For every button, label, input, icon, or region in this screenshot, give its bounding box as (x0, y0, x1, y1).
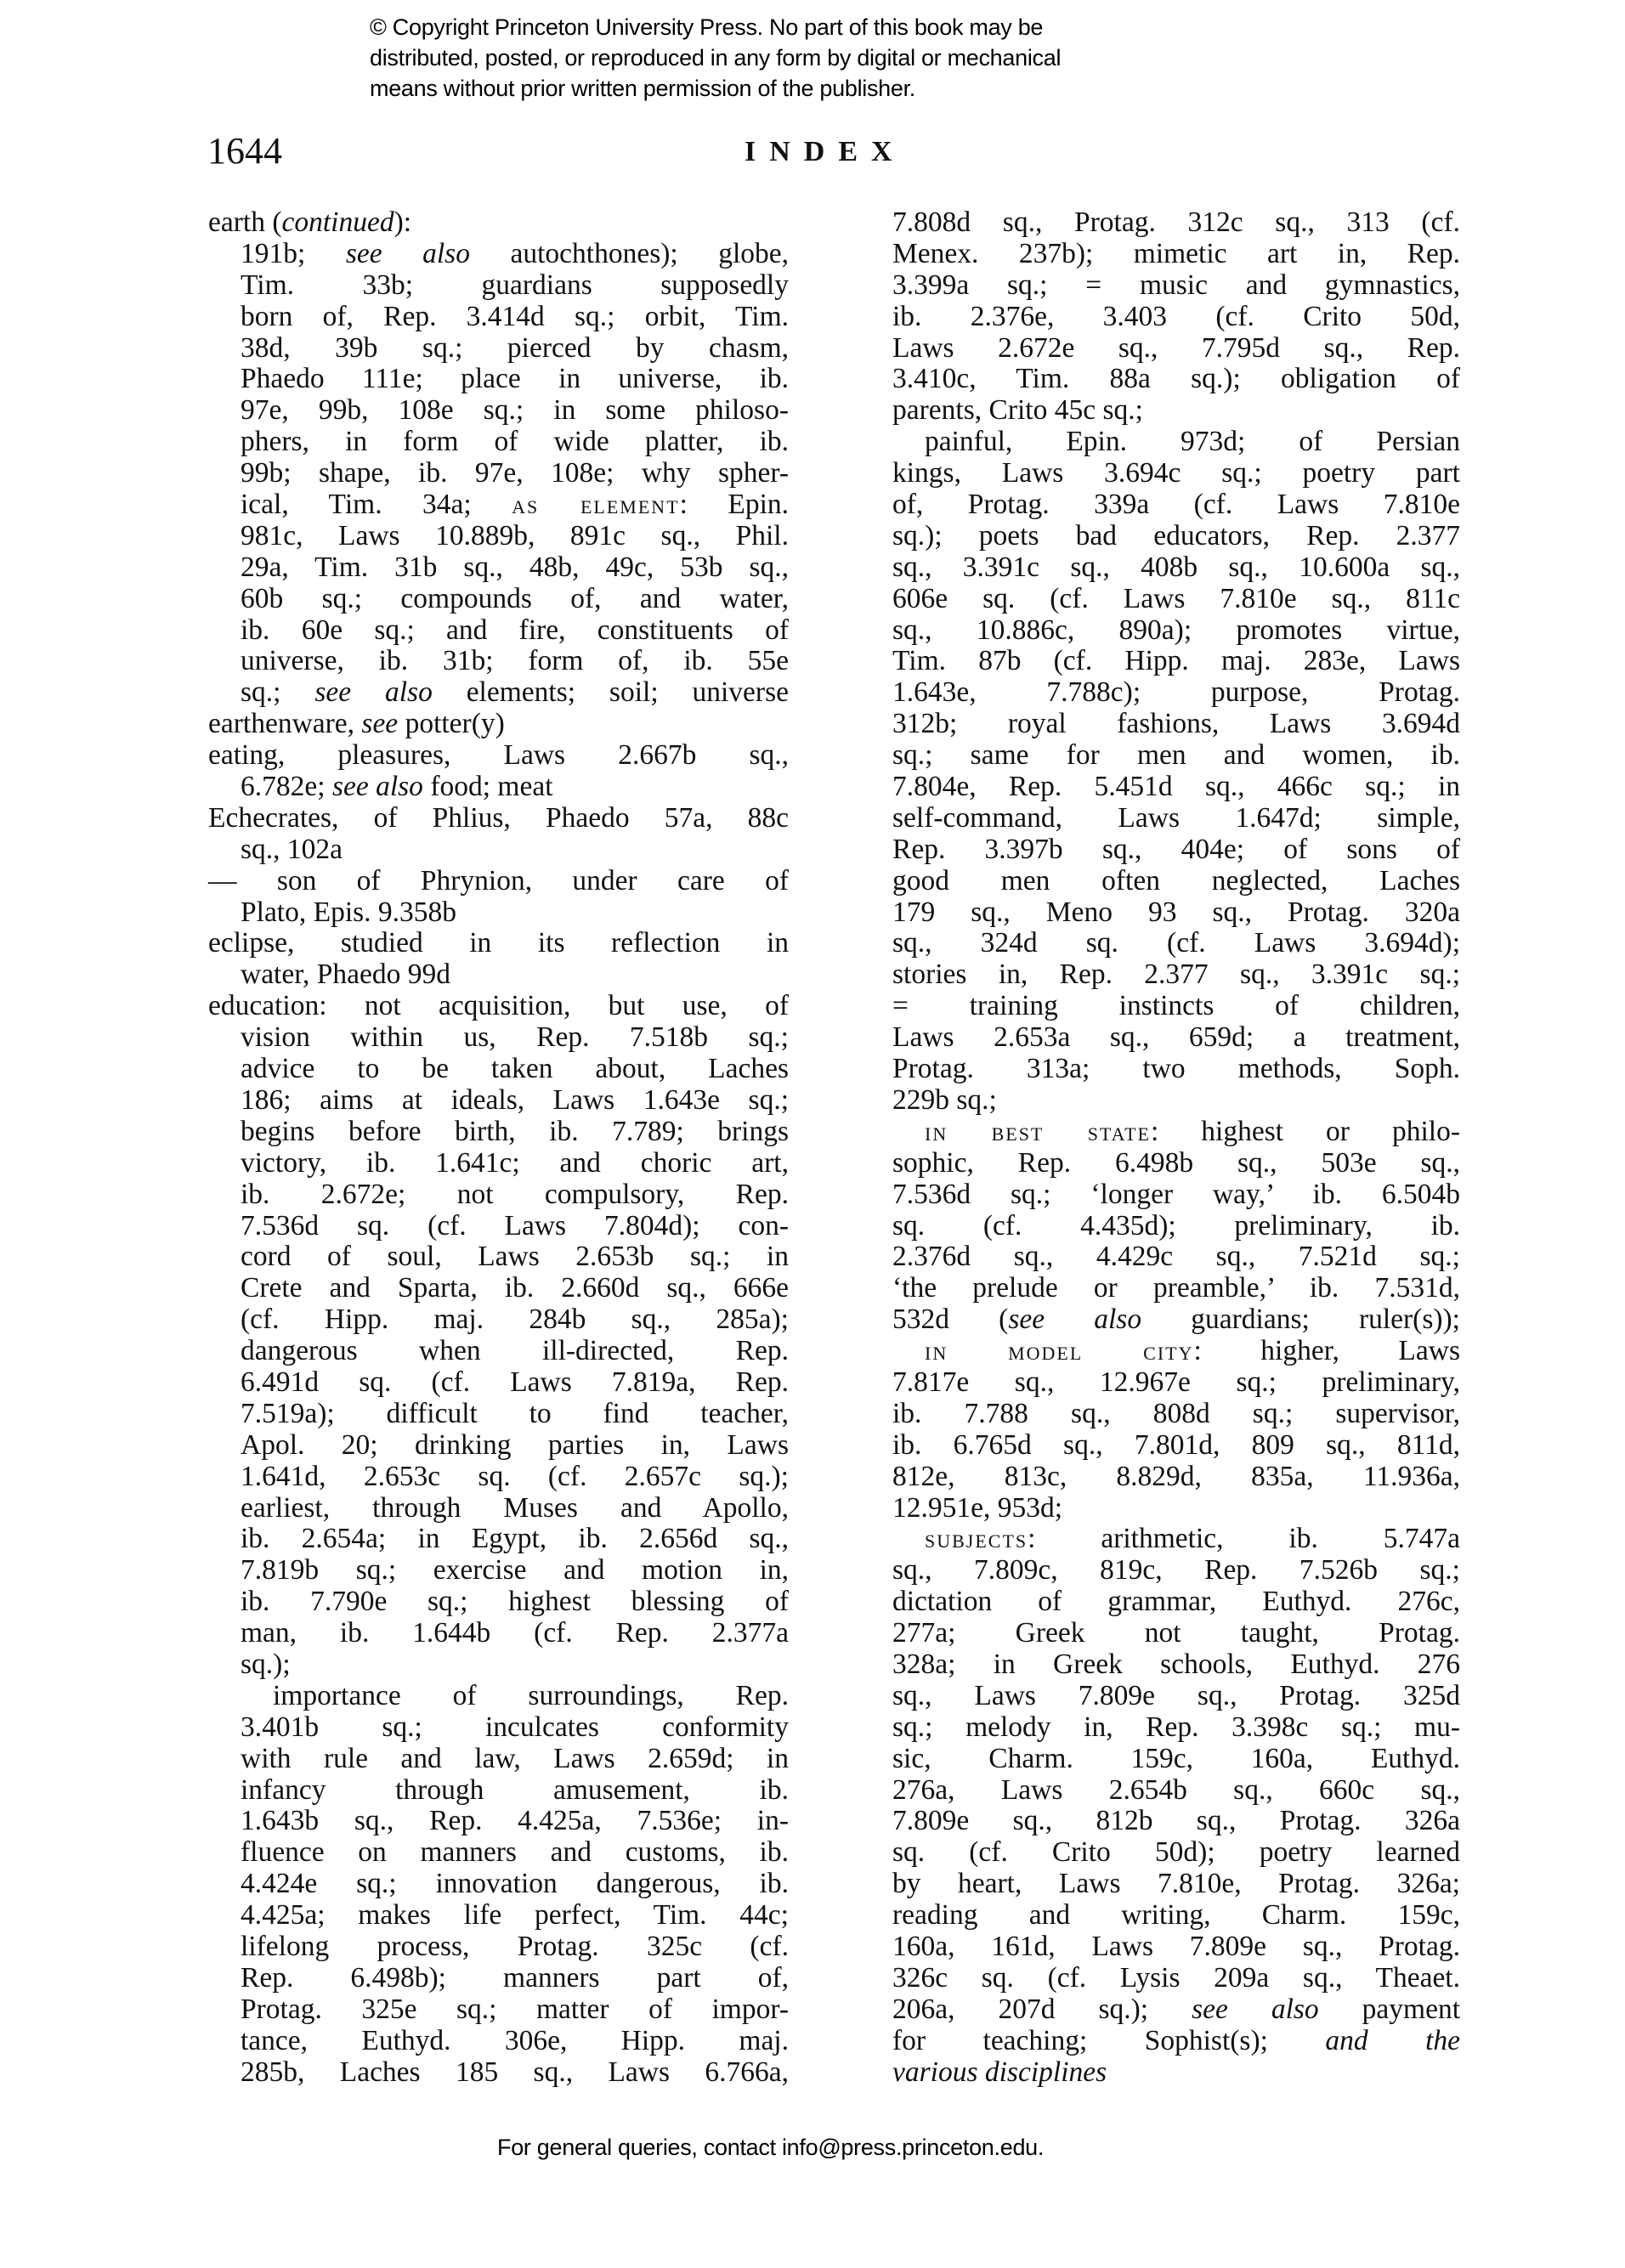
index-column-left: earth (continued):191b; see also autocht… (208, 207, 789, 2088)
index-entry-line: Protag. 313a; two methods, Soph. (892, 1054, 1460, 1085)
index-entry-line: phers, in form of wide platter, ib. (208, 427, 789, 458)
text: sq.); poets bad educators, Rep. 2.377 (892, 520, 1460, 551)
text: 7.519a); difficult to find teacher, (241, 1398, 789, 1429)
text: Rep. 3.397b sq., 404e; of sons of (892, 834, 1460, 865)
text: elements; soil; universe (433, 676, 789, 708)
index-entry-heading-line: eclipse, studied in its reflection in (208, 928, 789, 959)
index-entry-line: Rep. 3.397b sq., 404e; of sons of (892, 834, 1460, 866)
index-entry-line: infancy through amusement, ib. (208, 1775, 789, 1807)
text: earthenware, (208, 708, 361, 739)
italic-text: see also (332, 771, 423, 802)
text: ib. 7.788 sq., 808d sq.; supervisor, (892, 1398, 1460, 1429)
text: man, ib. 1.644b (cf. Rep. 2.377a (241, 1617, 789, 1649)
text: sq.; (241, 676, 314, 708)
index-entry-line: painful, Epin. 973d; of Persian (892, 427, 1460, 458)
text: Phaedo 111e; place in universe, ib. (241, 363, 789, 394)
copyright-line: means without prior written permission o… (370, 73, 1220, 104)
copyright-notice: © Copyright Princeton University Press. … (370, 12, 1220, 104)
index-entry-line: (cf. Hipp. maj. 284b sq., 285a); (208, 1304, 789, 1336)
index-entry-line: sq., Laws 7.809e sq., Protag. 325d (892, 1681, 1460, 1712)
text: 1.643b sq., Rep. 4.425a, 7.536e; in- (241, 1805, 789, 1836)
index-entry-line: 4.425a; makes life perfect, Tim. 44c; (208, 1900, 789, 1931)
index-entry-line: Laws 2.653a sq., 659d; a treatment, (892, 1022, 1460, 1054)
text: universe, ib. 31b; form of, ib. 55e (241, 645, 789, 676)
text: dictation of grammar, Euthyd. 276c, (892, 1586, 1460, 1617)
text: sq.; melody in, Rep. 3.398c sq.; mu- (892, 1711, 1460, 1743)
text: 38d, 39b sq.; pierced by chasm, (241, 332, 789, 364)
text: sq., 324d sq. (cf. Laws 3.694d); (892, 927, 1460, 959)
index-entry-line: 1.643e, 7.788c); purpose, Protag. (892, 677, 1460, 709)
text: 277a; Greek not taught, Protag. (892, 1617, 1460, 1649)
text: Laws 2.672e sq., 7.795d sq., Rep. (892, 332, 1460, 364)
text: sophic, Rep. 6.498b sq., 503e sq., (892, 1147, 1460, 1179)
index-entry-line: fluence on manners and customs, ib. (208, 1837, 789, 1869)
index-entry-line: IN MODEL CITY: higher, Laws (892, 1336, 1460, 1367)
index-entry-line: 191b; see also autochthones); globe, (208, 239, 789, 270)
text: 7.536d sq. (cf. Laws 7.804d); con- (241, 1210, 789, 1241)
text: Plato, Epis. 9.358b (241, 896, 456, 928)
text: for teaching; Sophist(s); (892, 2025, 1325, 2056)
index-entry-line: earliest, through Muses and Apollo, (208, 1493, 789, 1524)
text: painful, Epin. 973d; of Persian (925, 426, 1460, 457)
index-entry-line: 276a, Laws 2.654b sq., 660c sq., (892, 1775, 1460, 1807)
small-caps-text: IN MODEL CITY (925, 1336, 1194, 1366)
index-entry-line: 160a, 161d, Laws 7.809e sq., Protag. (892, 1931, 1460, 1963)
index-entry-line: dangerous when ill-directed, Rep. (208, 1336, 789, 1367)
index-entry-line: sic, Charm. 159c, 160a, Euthyd. (892, 1744, 1460, 1775)
index-entry-line: importance of surroundings, Rep. (208, 1681, 789, 1712)
text: Tim. 33b; guardians supposedly (241, 269, 789, 301)
index-entry-line: 97e, 99b, 108e sq.; in some philoso- (208, 395, 789, 427)
text: 97e, 99b, 108e sq.; in some philoso- (241, 394, 789, 426)
index-entry-line: sq., 102a (208, 834, 789, 866)
index-entry-line: Phaedo 111e; place in universe, ib. (208, 364, 789, 395)
text: sq., 3.391c sq., 408b sq., 10.600a sq., (892, 551, 1460, 583)
text: ib. 60e sq.; and fire, constituents of (241, 614, 789, 646)
text: (cf. Hipp. maj. 284b sq., 285a); (241, 1304, 789, 1335)
text: 7.819b sq.; exercise and motion in, (241, 1554, 789, 1586)
index-entry-line: ‘the prelude or preamble,’ ib. 7.531d, (892, 1273, 1460, 1304)
italic-text: various disciplines (892, 2056, 1107, 2088)
text: kings, Laws 3.694c sq.; poetry part (892, 457, 1460, 489)
text: by heart, Laws 7.810e, Protag. 326a; (892, 1868, 1460, 1899)
index-entry-line: 812e, 813c, 8.829d, 835a, 11.936a, (892, 1462, 1460, 1493)
text: 812e, 813c, 8.829d, 835a, 11.936a, (892, 1461, 1460, 1492)
index-entry-line: dictation of grammar, Euthyd. 276c, (892, 1586, 1460, 1618)
index-entry-line: 179 sq., Meno 93 sq., Protag. 320a (892, 897, 1460, 929)
text: ib. 2.654a; in Egypt, ib. 2.656d sq., (241, 1523, 789, 1554)
text: dangerous when ill-directed, Rep. (241, 1335, 789, 1366)
text: 1.643e, 7.788c); purpose, Protag. (892, 676, 1460, 708)
text: ib. 2.672e; not compulsory, Rep. (241, 1179, 789, 1210)
index-entry-line: Tim. 33b; guardians supposedly (208, 270, 789, 302)
index-entry-line: 7.804e, Rep. 5.451d sq., 466c sq.; in (892, 772, 1460, 803)
index-entry-heading-line: — son of Phrynion, under care of (208, 866, 789, 897)
text: : higher, Laws (1194, 1335, 1460, 1366)
text: eating, pleasures, Laws 2.667b sq., (208, 739, 789, 771)
text: 4.424e sq.; innovation dangerous, ib. (241, 1868, 789, 1899)
copyright-line: distributed, posted, or reproduced in an… (370, 42, 1220, 73)
italic-text: continued (281, 206, 394, 238)
text: sq., 7.809c, 819c, Rep. 7.526b sq.; (892, 1554, 1460, 1586)
index-entry-line: sq., 10.886c, 890a); promotes virtue, (892, 615, 1460, 647)
index-entry-line: born of, Rep. 3.414d sq.; orbit, Tim. (208, 302, 789, 333)
text: 328a; in Greek schools, Euthyd. 276 (892, 1649, 1460, 1680)
text: 326c sq. (cf. Lysis 209a sq., Theaet. (892, 1962, 1460, 1994)
text: 3.399a sq.; = music and gymnastics, (892, 269, 1460, 301)
index-entry-line: 328a; in Greek schools, Euthyd. 276 (892, 1649, 1460, 1681)
index-entry-line: sq.; melody in, Rep. 3.398c sq.; mu- (892, 1712, 1460, 1744)
small-caps-text: AS ELEMENT (512, 489, 680, 519)
text: vision within us, Rep. 7.518b sq.; (241, 1021, 789, 1053)
index-entry-line: Laws 2.672e sq., 7.795d sq., Rep. (892, 333, 1460, 365)
index-entry-line: 7.817e sq., 12.967e sq.; preliminary, (892, 1367, 1460, 1399)
text: infancy through amusement, ib. (241, 1774, 789, 1806)
index-entry-line: advice to be taken about, Laches (208, 1054, 789, 1085)
index-entry-line: 312b; royal fashions, Laws 3.694d (892, 709, 1460, 740)
text: Tim. 87b (cf. Hipp. maj. 283e, Laws (892, 645, 1460, 676)
index-entry-line: victory, ib. 1.641c; and choric art, (208, 1148, 789, 1179)
index-entry-line: water, Phaedo 99d (208, 959, 789, 991)
copyright-line: © Copyright Princeton University Press. … (370, 12, 1220, 42)
index-entry-line: ib. 2.672e; not compulsory, Rep. (208, 1179, 789, 1211)
text: sq.); (241, 1649, 291, 1680)
index-entry-line: 12.951e, 953d; (892, 1493, 1460, 1524)
index-entry-line: stories in, Rep. 2.377 sq., 3.391c sq.; (892, 959, 1460, 991)
text: 3.410c, Tim. 88a sq.); obligation of (892, 363, 1460, 394)
index-entry-line: sq. (cf. 4.435d); preliminary, ib. (892, 1211, 1460, 1242)
index-entry-line: = training instincts of children, (892, 991, 1460, 1022)
text: 12.951e, 953d; (892, 1492, 1062, 1524)
page-number: 1644 (207, 129, 282, 173)
text: 532d ( (892, 1304, 1008, 1335)
text: ib. 7.790e sq.; highest blessing of (241, 1586, 789, 1617)
index-entry-line: 1.643b sq., Rep. 4.425a, 7.536e; in- (208, 1806, 789, 1837)
index-entry-line: ib. 7.790e sq.; highest blessing of (208, 1586, 789, 1618)
text: sq. (cf. Crito 50d); poetry learned (892, 1836, 1460, 1868)
text: sq., 102a (241, 834, 343, 865)
index-entry-line: vision within us, Rep. 7.518b sq.; (208, 1022, 789, 1054)
text: ): (394, 206, 411, 238)
footer-contact: For general queries, contact info@press.… (497, 2135, 1143, 2161)
text: 312b; royal fashions, Laws 3.694d (892, 708, 1460, 739)
index-entry-line: 206a, 207d sq.); see also payment (892, 1994, 1460, 2026)
text: good men often neglected, Laches (892, 865, 1460, 896)
index-entry-line: sq. (cf. Crito 50d); poetry learned (892, 1837, 1460, 1869)
text: guardians; ruler(s)); (1141, 1304, 1460, 1335)
index-entry-line: kings, Laws 3.694c sq.; poetry part (892, 458, 1460, 489)
text: 7.817e sq., 12.967e sq.; preliminary, (892, 1366, 1460, 1398)
index-entry-line: 229b sq.; (892, 1085, 1460, 1117)
index-entry-line: universe, ib. 31b; form of, ib. 55e (208, 646, 789, 677)
text: cord of soul, Laws 2.653b sq.; in (241, 1241, 789, 1272)
index-entry-line: begins before birth, ib. 7.789; brings (208, 1117, 789, 1148)
index-entry-line: ib. 2.654a; in Egypt, ib. 2.656d sq., (208, 1524, 789, 1555)
text: 6.491d sq. (cf. Laws 7.819a, Rep. (241, 1366, 789, 1398)
index-entry-line: sq., 324d sq. (cf. Laws 3.694d); (892, 928, 1460, 959)
text: 29a, Tim. 31b sq., 48b, 49c, 53b sq., (241, 551, 789, 583)
text: eclipse, studied in its reflection in (208, 927, 789, 959)
text: born of, Rep. 3.414d sq.; orbit, Tim. (241, 301, 789, 332)
index-entry-line: 60b sq.; compounds of, and water, (208, 584, 789, 615)
text: sic, Charm. 159c, 160a, Euthyd. (892, 1743, 1460, 1774)
text: — son of Phrynion, under care of (208, 865, 789, 896)
text: sq., Laws 7.809e sq., Protag. 325d (892, 1680, 1460, 1711)
text: payment (1319, 1994, 1460, 2025)
text: 1.641d, 2.653c sq. (cf. 2.657c sq.); (241, 1461, 789, 1492)
text: : arithmetic, ib. 5.747a (1028, 1523, 1460, 1554)
text: water, Phaedo 99d (241, 959, 450, 990)
index-entry-line: 606e sq. (cf. Laws 7.810e sq., 811c (892, 584, 1460, 615)
index-entry-heading-line: eating, pleasures, Laws 2.667b sq., (208, 740, 789, 772)
text: begins before birth, ib. 7.789; brings (241, 1116, 789, 1147)
index-entry-line: 2.376d sq., 4.429c sq., 7.521d sq.; (892, 1241, 1460, 1273)
index-entry-line: ib. 60e sq.; and fire, constituents of (208, 615, 789, 647)
index-entry-line: 1.641d, 2.653c sq. (cf. 2.657c sq.); (208, 1462, 789, 1493)
italic-text: and the (1325, 2025, 1460, 2056)
index-entry-line: sophic, Rep. 6.498b sq., 503e sq., (892, 1148, 1460, 1179)
text: Rep. 6.498b); manners part of, (241, 1962, 789, 1994)
index-entry-line: 7.519a); difficult to find teacher, (208, 1399, 789, 1430)
text: 981c, Laws 10.889b, 891c sq., Phil. (241, 520, 789, 551)
index-entry-line: 7.808d sq., Protag. 312c sq., 313 (cf. (892, 207, 1460, 239)
text: ib. 6.765d sq., 7.801d, 809 sq., 811d, (892, 1429, 1460, 1461)
text: Protag. 325e sq.; matter of impor- (241, 1994, 789, 2025)
text: 99b; shape, ib. 97e, 108e; why spher- (241, 457, 789, 489)
index-entry-line: ib. 2.376e, 3.403 (cf. Crito 50d, (892, 302, 1460, 333)
index-entry-line: Apol. 20; drinking parties in, Laws (208, 1430, 789, 1462)
text: education: not acquisition, but use, of (208, 990, 789, 1021)
index-entry-line: Rep. 6.498b); manners part of, (208, 1963, 789, 1994)
index-entry-heading-line: education: not acquisition, but use, of (208, 991, 789, 1022)
text: Menex. 237b); mimetic art in, Rep. (892, 238, 1460, 269)
text: Echecrates, of Phlius, Phaedo 57a, 88c (208, 802, 789, 834)
index-entry-line: 7.536d sq. (cf. Laws 7.804d); con- (208, 1211, 789, 1242)
index-entry-line: tance, Euthyd. 306e, Hipp. maj. (208, 2026, 789, 2057)
text: autochthones); globe, (470, 238, 789, 269)
text: : highest or philo- (1151, 1116, 1460, 1147)
text: reading and writing, Charm. 159c, (892, 1899, 1460, 1931)
text: stories in, Rep. 2.377 sq., 3.391c sq.; (892, 959, 1460, 990)
index-entry-line: ical, Tim. 34a; AS ELEMENT: Epin. (208, 489, 789, 521)
index-entry-line: 285b, Laches 185 sq., Laws 6.766a, (208, 2057, 789, 2089)
index-entry-line: 981c, Laws 10.889b, 891c sq., Phil. (208, 521, 789, 552)
text: tance, Euthyd. 306e, Hipp. maj. (241, 2025, 789, 2056)
index-entry-line: sq.); (208, 1649, 789, 1681)
index-entry-line: 38d, 39b sq.; pierced by chasm, (208, 333, 789, 365)
text: sq.; same for men and women, ib. (892, 739, 1460, 771)
text: ‘the prelude or preamble,’ ib. 7.531d, (892, 1272, 1460, 1304)
index-entry-heading-line: earth (continued): (208, 207, 789, 239)
index-entry-line: 29a, Tim. 31b sq., 48b, 49c, 53b sq., (208, 552, 789, 584)
text: ical, Tim. 34a; (241, 489, 512, 520)
italic-text: see also (346, 238, 470, 269)
text: 4.425a; makes life perfect, Tim. 44c; (241, 1899, 789, 1931)
index-entry-line: sq., 3.391c sq., 408b sq., 10.600a sq., (892, 552, 1460, 584)
index-entry-line: Plato, Epis. 9.358b (208, 897, 789, 929)
index-column-right: 7.808d sq., Protag. 312c sq., 313 (cf.Me… (892, 207, 1460, 2088)
text: advice to be taken about, Laches (241, 1053, 789, 1084)
index-entry-line: good men often neglected, Laches (892, 866, 1460, 897)
text: earliest, through Muses and Apollo, (241, 1492, 789, 1524)
index-entry-line: by heart, Laws 7.810e, Protag. 326a; (892, 1869, 1460, 1900)
italic-text: see also (314, 676, 432, 708)
text: potter(y) (398, 708, 505, 739)
index-entry-line: reading and writing, Charm. 159c, (892, 1900, 1460, 1931)
text: 191b; (241, 238, 346, 269)
text: earth ( (208, 206, 281, 238)
text: ib. 2.376e, 3.403 (cf. Crito 50d, (892, 301, 1460, 332)
text: Crete and Sparta, ib. 2.660d sq., 666e (241, 1272, 789, 1304)
index-entry-line: self-command, Laws 1.647d; simple, (892, 803, 1460, 834)
index-entry-line: IN BEST STATE: highest or philo- (892, 1117, 1460, 1148)
italic-text: see (361, 708, 398, 739)
index-entry-line: parents, Crito 45c sq.; (892, 395, 1460, 427)
index-entry-line: 7.819b sq.; exercise and motion in, (208, 1555, 789, 1586)
text: victory, ib. 1.641c; and choric art, (241, 1147, 789, 1179)
index-entry-line: 6.491d sq. (cf. Laws 7.819a, Rep. (208, 1367, 789, 1399)
index-entry-heading-line: earthenware, see potter(y) (208, 709, 789, 740)
index-entry-line: SUBJECTS: arithmetic, ib. 5.747a (892, 1524, 1460, 1555)
index-entry-heading-line: Echecrates, of Phlius, Phaedo 57a, 88c (208, 803, 789, 834)
text: parents, Crito 45c sq.; (892, 394, 1143, 426)
index-entry-line: lifelong process, Protag. 325c (cf. (208, 1931, 789, 1963)
text: 160a, 161d, Laws 7.809e sq., Protag. (892, 1931, 1460, 1962)
index-entry-line: man, ib. 1.644b (cf. Rep. 2.377a (208, 1618, 789, 1649)
text: sq. (cf. 4.435d); preliminary, ib. (892, 1210, 1460, 1241)
small-caps-text: SUBJECTS (925, 1524, 1028, 1553)
text: 276a, Laws 2.654b sq., 660c sq., (892, 1774, 1460, 1806)
text: lifelong process, Protag. 325c (cf. (241, 1931, 789, 1962)
text: 3.401b sq.; inculcates conformity (241, 1711, 789, 1743)
text: : Epin. (680, 489, 789, 520)
index-entry-line: 3.399a sq.; = music and gymnastics, (892, 270, 1460, 302)
text: 7.808d sq., Protag. 312c sq., 313 (cf. (892, 206, 1460, 238)
text: Apol. 20; drinking parties in, Laws (241, 1429, 789, 1461)
text: 7.809e sq., 812b sq., Protag. 326a (892, 1805, 1460, 1836)
small-caps-text: IN BEST STATE (925, 1117, 1151, 1146)
text: 179 sq., Meno 93 sq., Protag. 320a (892, 896, 1460, 928)
text: 60b sq.; compounds of, and water, (241, 583, 789, 614)
index-entry-line: Menex. 237b); mimetic art in, Rep. (892, 239, 1460, 270)
text: 7.804e, Rep. 5.451d sq., 466c sq.; in (892, 771, 1460, 802)
text: of, Protag. 339a (cf. Laws 7.810e (892, 489, 1460, 520)
text: 206a, 207d sq.); (892, 1994, 1192, 2025)
index-entry-line: 3.410c, Tim. 88a sq.); obligation of (892, 364, 1460, 395)
index-entry-line: sq.; see also elements; soil; universe (208, 677, 789, 709)
index-entry-line: 186; aims at ideals, Laws 1.643e sq.; (208, 1085, 789, 1117)
index-entry-line: 99b; shape, ib. 97e, 108e; why spher- (208, 458, 789, 489)
text: 6.782e; (241, 771, 332, 802)
text: fluence on manners and customs, ib. (241, 1836, 789, 1868)
index-entry-line: for teaching; Sophist(s); and the (892, 2026, 1460, 2057)
text: Protag. 313a; two methods, Soph. (892, 1053, 1460, 1084)
text: = training instincts of children, (892, 990, 1460, 1021)
index-entry-line: 7.536d sq.; ‘longer way,’ ib. 6.504b (892, 1179, 1460, 1211)
text: 285b, Laches 185 sq., Laws 6.766a, (241, 2056, 789, 2088)
index-entry-line: with rule and law, Laws 2.659d; in (208, 1744, 789, 1775)
text: 7.536d sq.; ‘longer way,’ ib. 6.504b (892, 1179, 1460, 1210)
text: 229b sq.; (892, 1084, 997, 1116)
index-entry-line: ib. 7.788 sq., 808d sq.; supervisor, (892, 1399, 1460, 1430)
index-entry-line: 277a; Greek not taught, Protag. (892, 1618, 1460, 1649)
text: food; meat (423, 771, 553, 802)
index-entry-line: 532d (see also guardians; ruler(s)); (892, 1304, 1460, 1336)
index-entry-line: Crete and Sparta, ib. 2.660d sq., 666e (208, 1273, 789, 1304)
text: importance of surroundings, Rep. (273, 1680, 789, 1711)
index-entry-line: 6.782e; see also food; meat (208, 772, 789, 803)
index-entry-line: various disciplines (892, 2057, 1460, 2089)
text: phers, in form of wide platter, ib. (241, 426, 789, 457)
index-entry-line: sq.); poets bad educators, Rep. 2.377 (892, 521, 1460, 552)
text: self-command, Laws 1.647d; simple, (892, 802, 1460, 834)
text: Laws 2.653a sq., 659d; a treatment, (892, 1021, 1460, 1053)
index-entry-line: ib. 6.765d sq., 7.801d, 809 sq., 811d, (892, 1430, 1460, 1462)
text: 2.376d sq., 4.429c sq., 7.521d sq.; (892, 1241, 1460, 1272)
index-entry-line: Tim. 87b (cf. Hipp. maj. 283e, Laws (892, 646, 1460, 677)
text: 606e sq. (cf. Laws 7.810e sq., 811c (892, 583, 1460, 614)
index-entry-line: 326c sq. (cf. Lysis 209a sq., Theaet. (892, 1963, 1460, 1994)
index-entry-line: 3.401b sq.; inculcates conformity (208, 1712, 789, 1744)
italic-text: see also (1192, 1994, 1319, 2025)
running-head: INDEX (745, 136, 906, 168)
italic-text: see also (1008, 1304, 1141, 1335)
index-entry-line: 7.809e sq., 812b sq., Protag. 326a (892, 1806, 1460, 1837)
index-entry-line: sq., 7.809c, 819c, Rep. 7.526b sq.; (892, 1555, 1460, 1586)
index-entry-line: Protag. 325e sq.; matter of impor- (208, 1994, 789, 2026)
text: 186; aims at ideals, Laws 1.643e sq.; (241, 1084, 789, 1116)
text: sq., 10.886c, 890a); promotes virtue, (892, 614, 1460, 646)
index-entry-line: sq.; same for men and women, ib. (892, 740, 1460, 772)
index-entry-line: 4.424e sq.; innovation dangerous, ib. (208, 1869, 789, 1900)
index-entry-line: cord of soul, Laws 2.653b sq.; in (208, 1241, 789, 1273)
index-entry-line: of, Protag. 339a (cf. Laws 7.810e (892, 489, 1460, 521)
text: with rule and law, Laws 2.659d; in (241, 1743, 789, 1774)
